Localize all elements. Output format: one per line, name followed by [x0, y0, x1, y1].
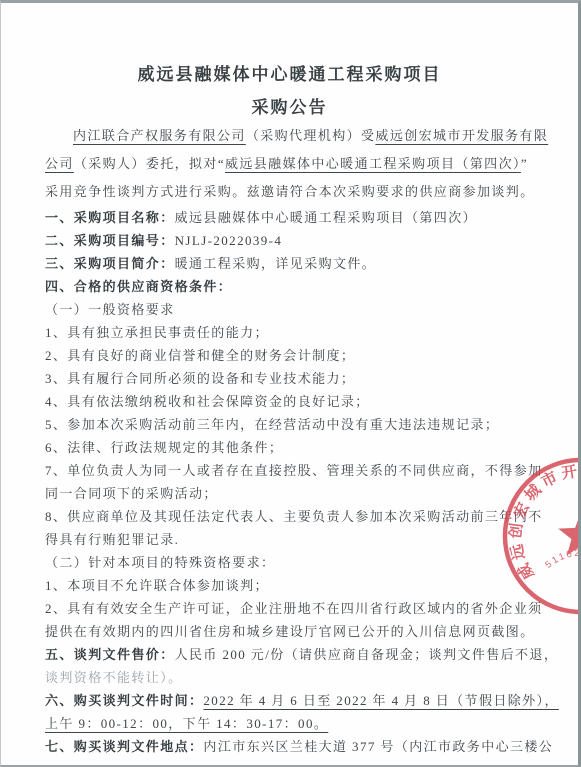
doc-line: 1、具有独立承担民事责任的能力；: [45, 321, 542, 344]
doc-text: 7、单位负责人为同一人或者存在直接控股、管理关系的不同供应商，不得参加: [45, 463, 543, 478]
doc-text: 同一合同项下的采购活动；: [45, 486, 218, 501]
doc-text: 谈判资格不能转让）。: [45, 670, 183, 685]
doc-heading-label: 六、购买谈判文件时间：: [45, 693, 203, 708]
doc-line: 2、具有良好的商业信誉和健全的财务会计制度；: [45, 344, 542, 367]
doc-text: 6、法律、行政法规规定的其他条件；: [45, 440, 283, 455]
doc-body: 内江联合产权服务有限公司（采购代理机构）受威远创宏城市开发服务有限公司（采购人）…: [1, 122, 578, 758]
doc-text: 3、具有履行合同所必须的设备和专业技术能力；: [45, 371, 355, 386]
doc-heading-label: 一、采购项目名称：: [45, 210, 175, 225]
doc-line: 采用竞争性谈判方式进行采购。兹邀请符合本次采购要求的供应商参加谈判。: [45, 178, 542, 206]
doc-line: 3、具有履行合同所必须的设备和专业技术能力；: [45, 367, 542, 390]
doc-line: 二、采购项目编号：NJLJ-2022039-4: [45, 229, 542, 252]
doc-line: 一、采购项目名称：威远县融媒体中心暖通工程采购项目（第四次）: [45, 206, 542, 229]
doc-text: 8、供应商单位及其现任法定代表人、主要负责人参加本次采购活动前三年内不: [45, 509, 543, 524]
doc-text: 4、具有依法缴纳税收和社会保障资金的良好记录；: [45, 394, 370, 409]
doc-text: 人民币 200 元/份（请供应商自备现金；谈判文件售后不退，: [175, 647, 559, 662]
doc-underlined-text: 上午 9：00-12：00，下午 14：30-17：00。: [45, 716, 328, 731]
doc-line: 三、采购项目简介：暖通工程采购，详见采购文件。: [45, 252, 542, 275]
doc-line: 上午 9：00-12：00，下午 14：30-17：00。: [45, 712, 542, 735]
doc-line: （一）一般资格要求: [45, 298, 542, 321]
doc-line: 1、本项目不允许联合体参加谈判；: [45, 574, 542, 597]
doc-text: （采购代理机构）受: [246, 128, 376, 143]
doc-line: （二）针对本项目的特殊资格要求：: [45, 551, 542, 574]
doc-heading-label: 七、购买谈判文件地点：: [45, 739, 203, 754]
doc-text: （一）一般资格要求: [45, 302, 175, 317]
document-page: 威远县融媒体中心暖通工程采购项目 采购公告 内江联合产权服务有限公司（采购代理机…: [0, 0, 581, 767]
doc-line: 得具有行贿犯罪记录.: [45, 528, 542, 551]
doc-line: 2、具有有效安全生产许可证，企业注册地不在四川省行政区域内的省外企业须: [45, 597, 542, 620]
doc-text: 5、参加本次采购活动前三年内，在经营活动中没有重大违法违规记录；: [45, 417, 499, 432]
doc-heading-label: 五、谈判文件售价：: [45, 647, 175, 662]
doc-underlined-text: 2022 年 4 月 6 日至 2022 年 4 月 8 日（节假日除外），: [203, 693, 558, 708]
doc-underlined-text: 威远创宏城市开发服务有限: [375, 128, 548, 143]
doc-text: 得具有行贿犯罪记录.: [45, 532, 179, 547]
doc-text: （二）针对本项目的特殊资格要求：: [45, 555, 275, 570]
doc-line: 5、参加本次采购活动前三年内，在经营活动中没有重大违法违规记录；: [45, 413, 542, 436]
doc-line: 五、谈判文件售价：人民币 200 元/份（请供应商自备现金；谈判文件售后不退，: [45, 643, 542, 666]
doc-text: NJLJ-2022039-4: [175, 233, 283, 248]
doc-line: 公司（采购人）委托，拟对“威远县融媒体中心暖通工程采购项目（第四次）”: [45, 150, 542, 178]
doc-heading-label: 三、采购项目简介：: [45, 256, 175, 271]
doc-underlined-text: 威远县融媒体中心暖通工程采购项目（第四次）: [225, 156, 521, 171]
doc-text: 1、具有独立承担民事责任的能力；: [45, 325, 269, 340]
doc-text: 2、具有有效安全生产许可证，企业注册地不在四川省行政区域内的省外企业须: [45, 601, 543, 616]
doc-line: 7、单位负责人为同一人或者存在直接控股、管理关系的不同供应商，不得参加: [45, 459, 542, 482]
document-title: 威远县融媒体中心暖通工程采购项目: [1, 63, 578, 87]
doc-text: 提供在有效期内的四川省住房和城乡建设厅官网已公开的入川信息网页截图。: [45, 624, 535, 639]
doc-line: 提供在有效期内的四川省住房和城乡建设厅官网已公开的入川信息网页截图。: [45, 620, 542, 643]
doc-text: 内江市东兴区兰桂大道 377 号（内江市政务中心三楼公: [203, 739, 553, 754]
title-block: 威远县融媒体中心暖通工程采购项目 采购公告: [1, 3, 578, 119]
doc-line: 4、具有依法缴纳税收和社会保障资金的良好记录；: [45, 390, 542, 413]
doc-line: 七、购买谈判文件地点：内江市东兴区兰桂大道 377 号（内江市政务中心三楼公: [45, 735, 542, 758]
doc-text: ”: [521, 156, 528, 171]
doc-line: 谈判资格不能转让）。: [45, 666, 542, 689]
doc-line: 同一合同项下的采购活动；: [45, 482, 542, 505]
doc-line: 四、合格的供应商资格条件：: [45, 275, 542, 298]
doc-heading-label: 四、合格的供应商资格条件：: [45, 279, 232, 294]
doc-line: 六、购买谈判文件时间：2022 年 4 月 6 日至 2022 年 4 月 8 …: [45, 689, 542, 712]
doc-line: 内江联合产权服务有限公司（采购代理机构）受威远创宏城市开发服务有限: [45, 122, 542, 150]
doc-heading-label: 二、采购项目编号：: [45, 233, 175, 248]
doc-line: 6、法律、行政法规规定的其他条件；: [45, 436, 542, 459]
doc-text: 1、本项目不允许联合体参加谈判；: [45, 578, 269, 593]
doc-text: 暖通工程采购，详见采购文件。: [175, 256, 377, 271]
document-subtitle: 采购公告: [1, 97, 578, 119]
doc-text: 2、具有良好的商业信誉和健全的财务会计制度；: [45, 348, 355, 363]
doc-text: 威远县融媒体中心暖通工程采购项目（第四次）: [175, 210, 477, 225]
doc-line: 8、供应商单位及其现任法定代表人、主要负责人参加本次采购活动前三年内不: [45, 505, 542, 528]
doc-underlined-text: 内江联合产权服务有限公司: [73, 128, 246, 143]
doc-text: （采购人）委托，拟对“: [74, 156, 225, 171]
doc-underlined-text: 公司: [45, 156, 74, 171]
doc-text: 采用竞争性谈判方式进行采购。兹邀请符合本次采购要求的供应商参加谈判。: [45, 184, 535, 199]
